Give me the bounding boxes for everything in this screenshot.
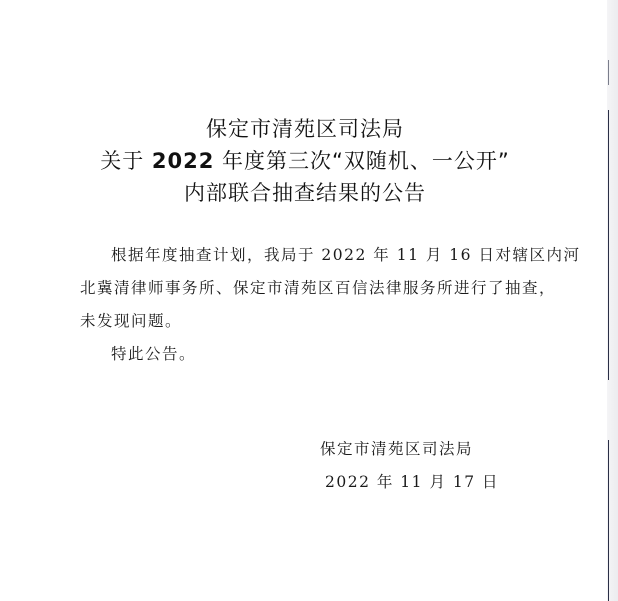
- page-edge-line: [608, 440, 609, 601]
- body-line-2: 北冀清律师事务所、保定市清苑区百信法律服务所进行了抽查，: [80, 276, 556, 298]
- body-line-1: 根据年度抽查计划，我局于 2022 年 11 月 16 日对辖区内河: [111, 243, 580, 265]
- closing-line: 特此公告。: [111, 342, 196, 364]
- title-line-1: 保定市清苑区司法局: [0, 113, 610, 143]
- title-suffix: 年度第三次“双随机、一公开”: [214, 149, 509, 173]
- signature-org: 保定市清苑区司法局: [320, 437, 473, 459]
- page-edge-line: [608, 60, 609, 85]
- title-line-3: 内部联合抽查结果的公告: [0, 177, 610, 207]
- title-prefix: 关于: [100, 149, 152, 173]
- body-line-3: 未发现问题。: [80, 309, 182, 331]
- title-line-2: 关于 2022 年度第三次“双随机、一公开”: [0, 145, 610, 175]
- signature-date: 2022 年 11 月 17 日: [325, 470, 499, 492]
- title-year: 2022: [152, 149, 214, 173]
- page-edge-line: [608, 110, 609, 380]
- document-page: 保定市清苑区司法局 关于 2022 年度第三次“双随机、一公开” 内部联合抽查结…: [0, 0, 618, 601]
